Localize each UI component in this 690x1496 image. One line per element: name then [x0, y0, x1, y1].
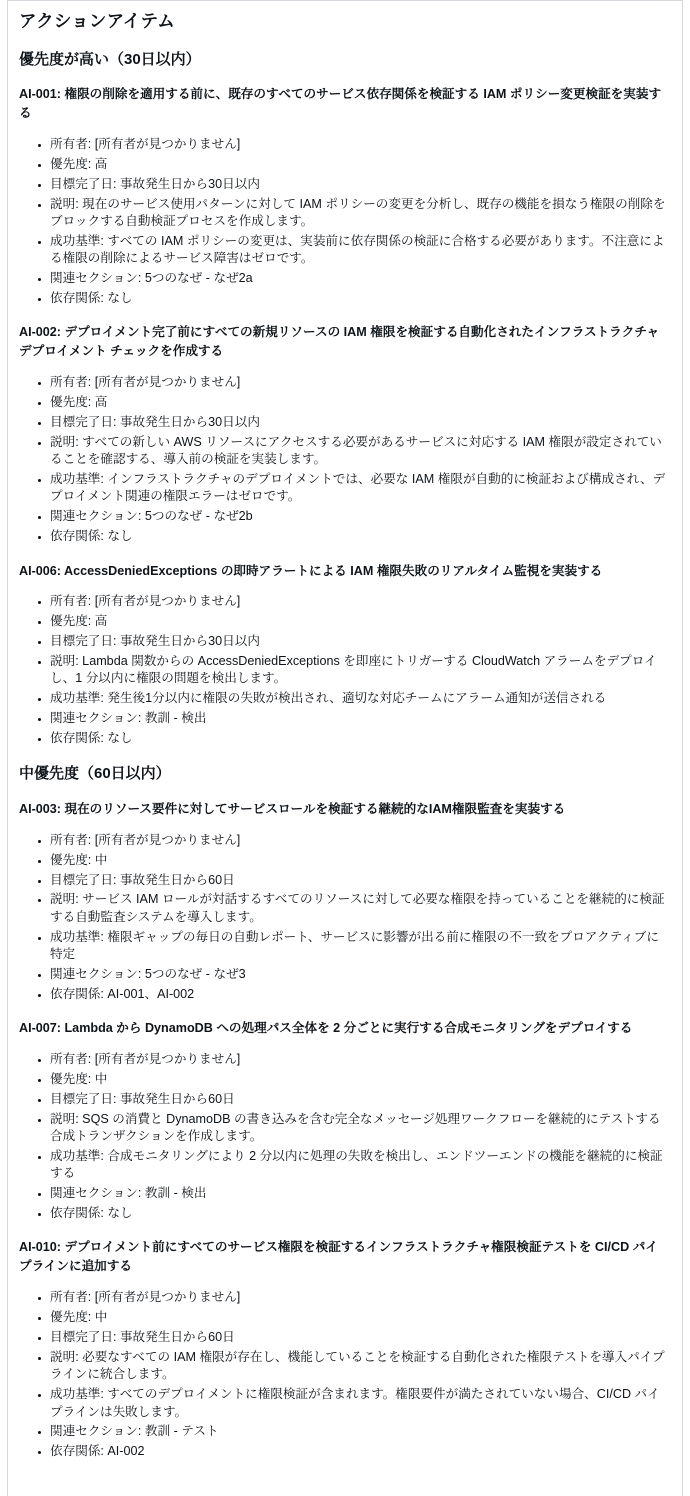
- detail-bullet: 成功基準: すべてのデプロイメントに権限検証が含まれます。権限要件が満たされてい…: [50, 1386, 670, 1421]
- detail-bullet: 所有者: [所有者が見つかりません]: [50, 593, 670, 610]
- detail-bullet: 関連セクション: 教訓 - 検出: [50, 1185, 670, 1202]
- action-item-title: AI-002: デプロイメント完了前にすべての新規リソースの IAM 権限を検証…: [19, 323, 670, 361]
- section-heading: 中優先度（60日以内）: [19, 764, 670, 784]
- action-item-details: 所有者: [所有者が見つかりません]優先度: 高目標完了日: 事故発生日から30…: [19, 136, 670, 307]
- detail-bullet: 目標完了日: 事故発生日から30日以内: [50, 414, 670, 431]
- detail-bullet: 関連セクション: 5つのなぜ - なぜ2a: [50, 270, 670, 287]
- action-item-title: AI-001: 権限の削除を適用する前に、既存のすべてのサービス依存関係を検証す…: [19, 85, 670, 123]
- page-title: アクションアイテム: [19, 10, 670, 33]
- detail-bullet: 所有者: [所有者が見つかりません]: [50, 1289, 670, 1306]
- detail-bullet: 説明: SQS の消費と DynamoDB の書き込みを含む完全なメッセージ処理…: [50, 1111, 670, 1146]
- detail-bullet: 目標完了日: 事故発生日から30日以内: [50, 633, 670, 650]
- detail-bullet: 成功基準: すべての IAM ポリシーの変更は、実装前に依存関係の検証に合格する…: [50, 233, 670, 268]
- action-item-details: 所有者: [所有者が見つかりません]優先度: 高目標完了日: 事故発生日から30…: [19, 374, 670, 545]
- action-item-details: 所有者: [所有者が見つかりません]優先度: 中目標完了日: 事故発生日から60…: [19, 1051, 670, 1222]
- sections-container: 優先度が高い（30日以内）AI-001: 権限の削除を適用する前に、既存のすべて…: [19, 50, 670, 1461]
- page: アクションアイテム 優先度が高い（30日以内）AI-001: 権限の削除を適用す…: [0, 0, 690, 1496]
- detail-bullet: 所有者: [所有者が見つかりません]: [50, 374, 670, 391]
- detail-bullet: 目標完了日: 事故発生日から60日: [50, 872, 670, 889]
- detail-bullet: 依存関係: なし: [50, 1205, 670, 1222]
- detail-bullet: 関連セクション: 5つのなぜ - なぜ3: [50, 966, 670, 983]
- detail-bullet: 成功基準: インフラストラクチャのデプロイメントでは、必要な IAM 権限が自動…: [50, 471, 670, 506]
- detail-bullet: 優先度: 高: [50, 613, 670, 630]
- detail-bullet: 所有者: [所有者が見つかりません]: [50, 136, 670, 153]
- action-items-document: アクションアイテム 優先度が高い（30日以内）AI-001: 権限の削除を適用す…: [7, 0, 683, 1496]
- detail-bullet: 優先度: 中: [50, 852, 670, 869]
- detail-bullet: 依存関係: なし: [50, 730, 670, 747]
- detail-bullet: 依存関係: なし: [50, 290, 670, 307]
- action-item-details: 所有者: [所有者が見つかりません]優先度: 中目標完了日: 事故発生日から60…: [19, 1289, 670, 1460]
- section-heading: 優先度が高い（30日以内）: [19, 50, 670, 70]
- detail-bullet: 目標完了日: 事故発生日から60日: [50, 1091, 670, 1108]
- action-item-details: 所有者: [所有者が見つかりません]優先度: 中目標完了日: 事故発生日から60…: [19, 832, 670, 1003]
- detail-bullet: 優先度: 高: [50, 156, 670, 173]
- detail-bullet: 優先度: 中: [50, 1309, 670, 1326]
- action-item-details: 所有者: [所有者が見つかりません]優先度: 高目標完了日: 事故発生日から30…: [19, 593, 670, 747]
- detail-bullet: 依存関係: AI-002: [50, 1443, 670, 1460]
- detail-bullet: 依存関係: AI-001、AI-002: [50, 986, 670, 1003]
- detail-bullet: 関連セクション: 教訓 - テスト: [50, 1423, 670, 1440]
- detail-bullet: 優先度: 高: [50, 394, 670, 411]
- detail-bullet: 説明: 必要なすべての IAM 権限が存在し、機能していることを検証する自動化さ…: [50, 1349, 670, 1384]
- action-item-title: AI-010: デプロイメント前にすべてのサービス権限を検証するインフラストラク…: [19, 1238, 670, 1276]
- detail-bullet: 成功基準: 合成モニタリングにより 2 分以内に処理の失敗を検出し、エンドツーエ…: [50, 1148, 670, 1183]
- detail-bullet: 目標完了日: 事故発生日から30日以内: [50, 176, 670, 193]
- detail-bullet: 所有者: [所有者が見つかりません]: [50, 1051, 670, 1068]
- detail-bullet: 成功基準: 権限ギャップの毎日の自動レポート、サービスに影響が出る前に権限の不一…: [50, 929, 670, 964]
- detail-bullet: 所有者: [所有者が見つかりません]: [50, 832, 670, 849]
- action-item-title: AI-006: AccessDeniedExceptions の即時アラートによ…: [19, 562, 670, 581]
- detail-bullet: 説明: サービス IAM ロールが対話するすべてのリソースに対して必要な権限を持…: [50, 891, 670, 926]
- detail-bullet: 関連セクション: 教訓 - 検出: [50, 710, 670, 727]
- action-item-title: AI-003: 現在のリソース要件に対してサービスロールを検証する継続的なIAM…: [19, 800, 670, 819]
- detail-bullet: 説明: 現在のサービス使用パターンに対して IAM ポリシーの変更を分析し、既存…: [50, 196, 670, 231]
- detail-bullet: 成功基準: 発生後1分以内に権限の失敗が検出され、適切な対応チームにアラーム通知…: [50, 690, 670, 707]
- detail-bullet: 依存関係: なし: [50, 528, 670, 545]
- action-item-title: AI-007: Lambda から DynamoDB への処理パス全体を 2 分…: [19, 1019, 670, 1038]
- detail-bullet: 優先度: 中: [50, 1071, 670, 1088]
- detail-bullet: 関連セクション: 5つのなぜ - なぜ2b: [50, 508, 670, 525]
- detail-bullet: 説明: Lambda 関数からの AccessDeniedExceptions …: [50, 653, 670, 688]
- detail-bullet: 目標完了日: 事故発生日から60日: [50, 1329, 670, 1346]
- detail-bullet: 説明: すべての新しい AWS リソースにアクセスする必要があるサービスに対応す…: [50, 434, 670, 469]
